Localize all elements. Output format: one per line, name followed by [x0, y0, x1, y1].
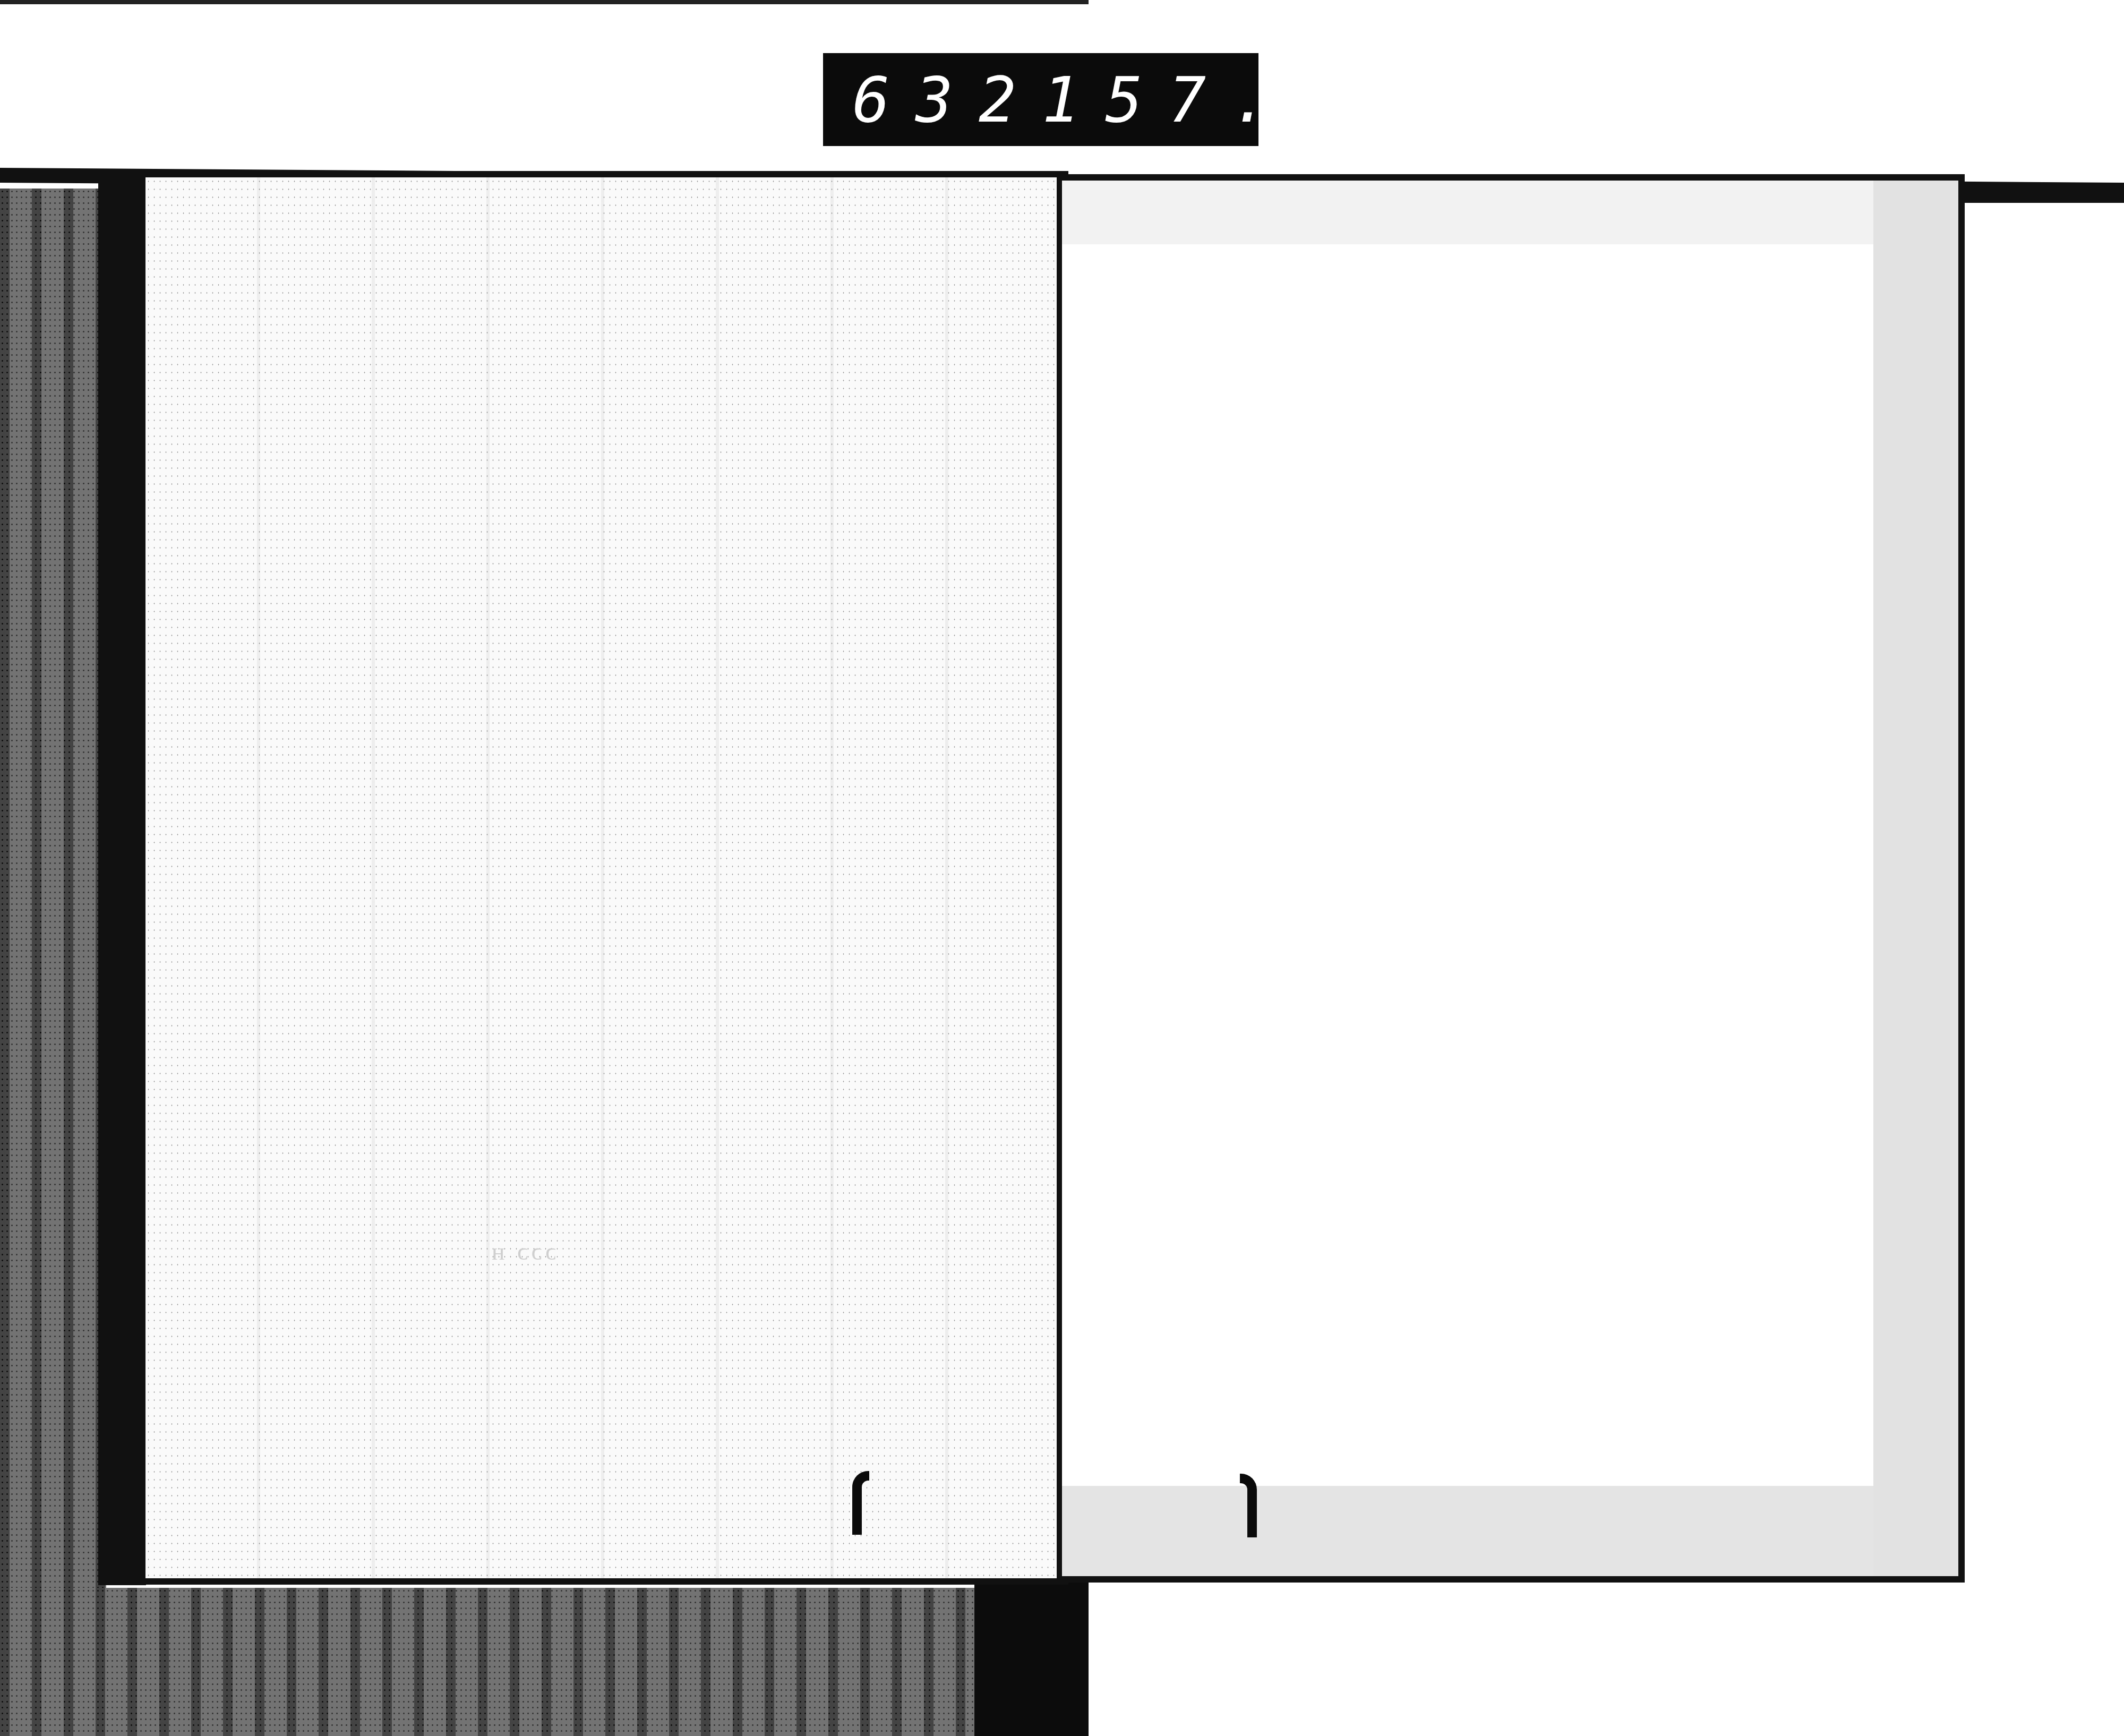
reel-number-left: 632: [852, 63, 1042, 136]
right-page-surface: [1062, 181, 1958, 1576]
bottom-background-strip: [0, 1588, 1089, 1736]
page-clip-icon: [852, 1471, 869, 1535]
reel-label: 632 157.: [823, 53, 1258, 146]
left-page-surface: [145, 177, 1063, 1578]
book-right-edge: [1962, 191, 2124, 203]
right-page: [1057, 174, 1965, 1583]
reel-number-right: 157.: [1042, 63, 1295, 136]
left-background-strip: [0, 189, 106, 1736]
book-spine-shadow: [974, 1572, 1089, 1736]
left-page: [139, 171, 1068, 1585]
bleed-through-text: ɔɔɔ ʜ: [489, 1237, 556, 1265]
page-clip-icon: [1240, 1474, 1257, 1537]
scan-top-border: [0, 0, 1089, 4]
